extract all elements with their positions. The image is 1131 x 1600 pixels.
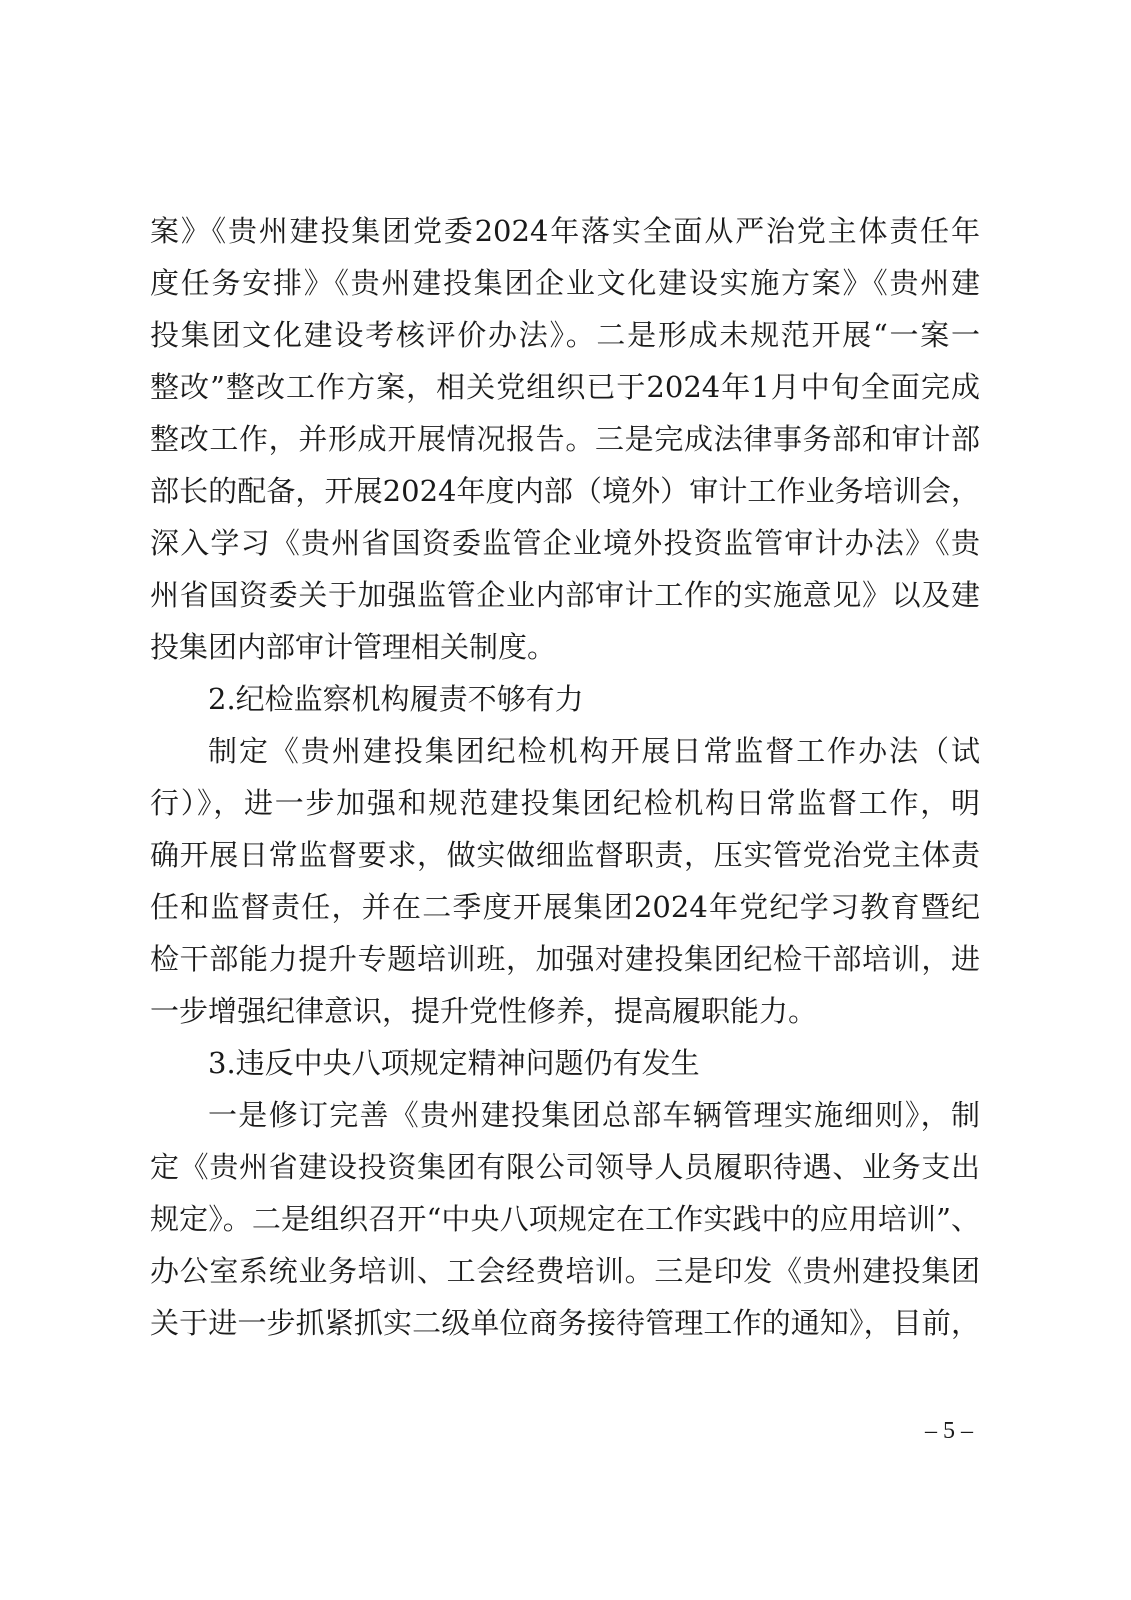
text-line: 整改工作，并形成开展情况报告。三是完成法律事务部和审计部: [150, 413, 980, 465]
text-line: 任和监督责任，并在二季度开展集团2024年党纪学习教育暨纪: [150, 881, 980, 933]
section-heading-2: 2.纪检监察机构履责不够有力: [150, 673, 980, 725]
text-line: 行）》，进一步加强和规范建投集团纪检机构日常监督工作，明: [150, 777, 980, 829]
text-line: 一是修订完善《贵州建投集团总部车辆管理实施细则》，制: [150, 1089, 980, 1141]
text-line: 规定》。二是组织召开“中央八项规定在工作实践中的应用培训”、: [150, 1193, 980, 1245]
text-line: 案》《贵州建投集团党委2024年落实全面从严治党主体责任年: [150, 205, 980, 257]
text-line: 检干部能力提升专题培训班，加强对建投集团纪检干部培训，进: [150, 933, 980, 985]
text-line: 投集团内部审计管理相关制度。: [150, 621, 980, 673]
text-line: 定《贵州省建设投资集团有限公司领导人员履职待遇、业务支出: [150, 1141, 980, 1193]
text-line: 制定《贵州建投集团纪检机构开展日常监督工作办法（试: [150, 725, 980, 777]
text-line: 州省国资委关于加强监管企业内部审计工作的实施意见》以及建: [150, 569, 980, 621]
section-heading-3: 3.违反中央八项规定精神问题仍有发生: [150, 1037, 980, 1089]
text-line: 关于进一步抓紧抓实二级单位商务接待管理工作的通知》，目前，: [150, 1297, 980, 1349]
text-line: 办公室系统业务培训、工会经费培训。三是印发《贵州建投集团: [150, 1245, 980, 1297]
text-line: 度任务安排》《贵州建投集团企业文化建设实施方案》《贵州建: [150, 257, 980, 309]
text-line: 整改”整改工作方案，相关党组织已于2024年1月中旬全面完成: [150, 361, 980, 413]
text-line: 深入学习《贵州省国资委监管企业境外投资监管审计办法》《贵: [150, 517, 980, 569]
text-line: 投集团文化建设考核评价办法》。二是形成未规范开展“一案一: [150, 309, 980, 361]
text-line: 部长的配备，开展2024年度内部（境外）审计工作业务培训会，: [150, 465, 980, 517]
text-line: 一步增强纪律意识，提升党性修养，提高履职能力。: [150, 985, 980, 1037]
text-line: 确开展日常监督要求，做实做细监督职责，压实管党治党主体责: [150, 829, 980, 881]
document-body: 案》《贵州建投集团党委2024年落实全面从严治党主体责任年 度任务安排》《贵州建…: [150, 205, 980, 1349]
page-number: – 5 –: [925, 1418, 973, 1445]
